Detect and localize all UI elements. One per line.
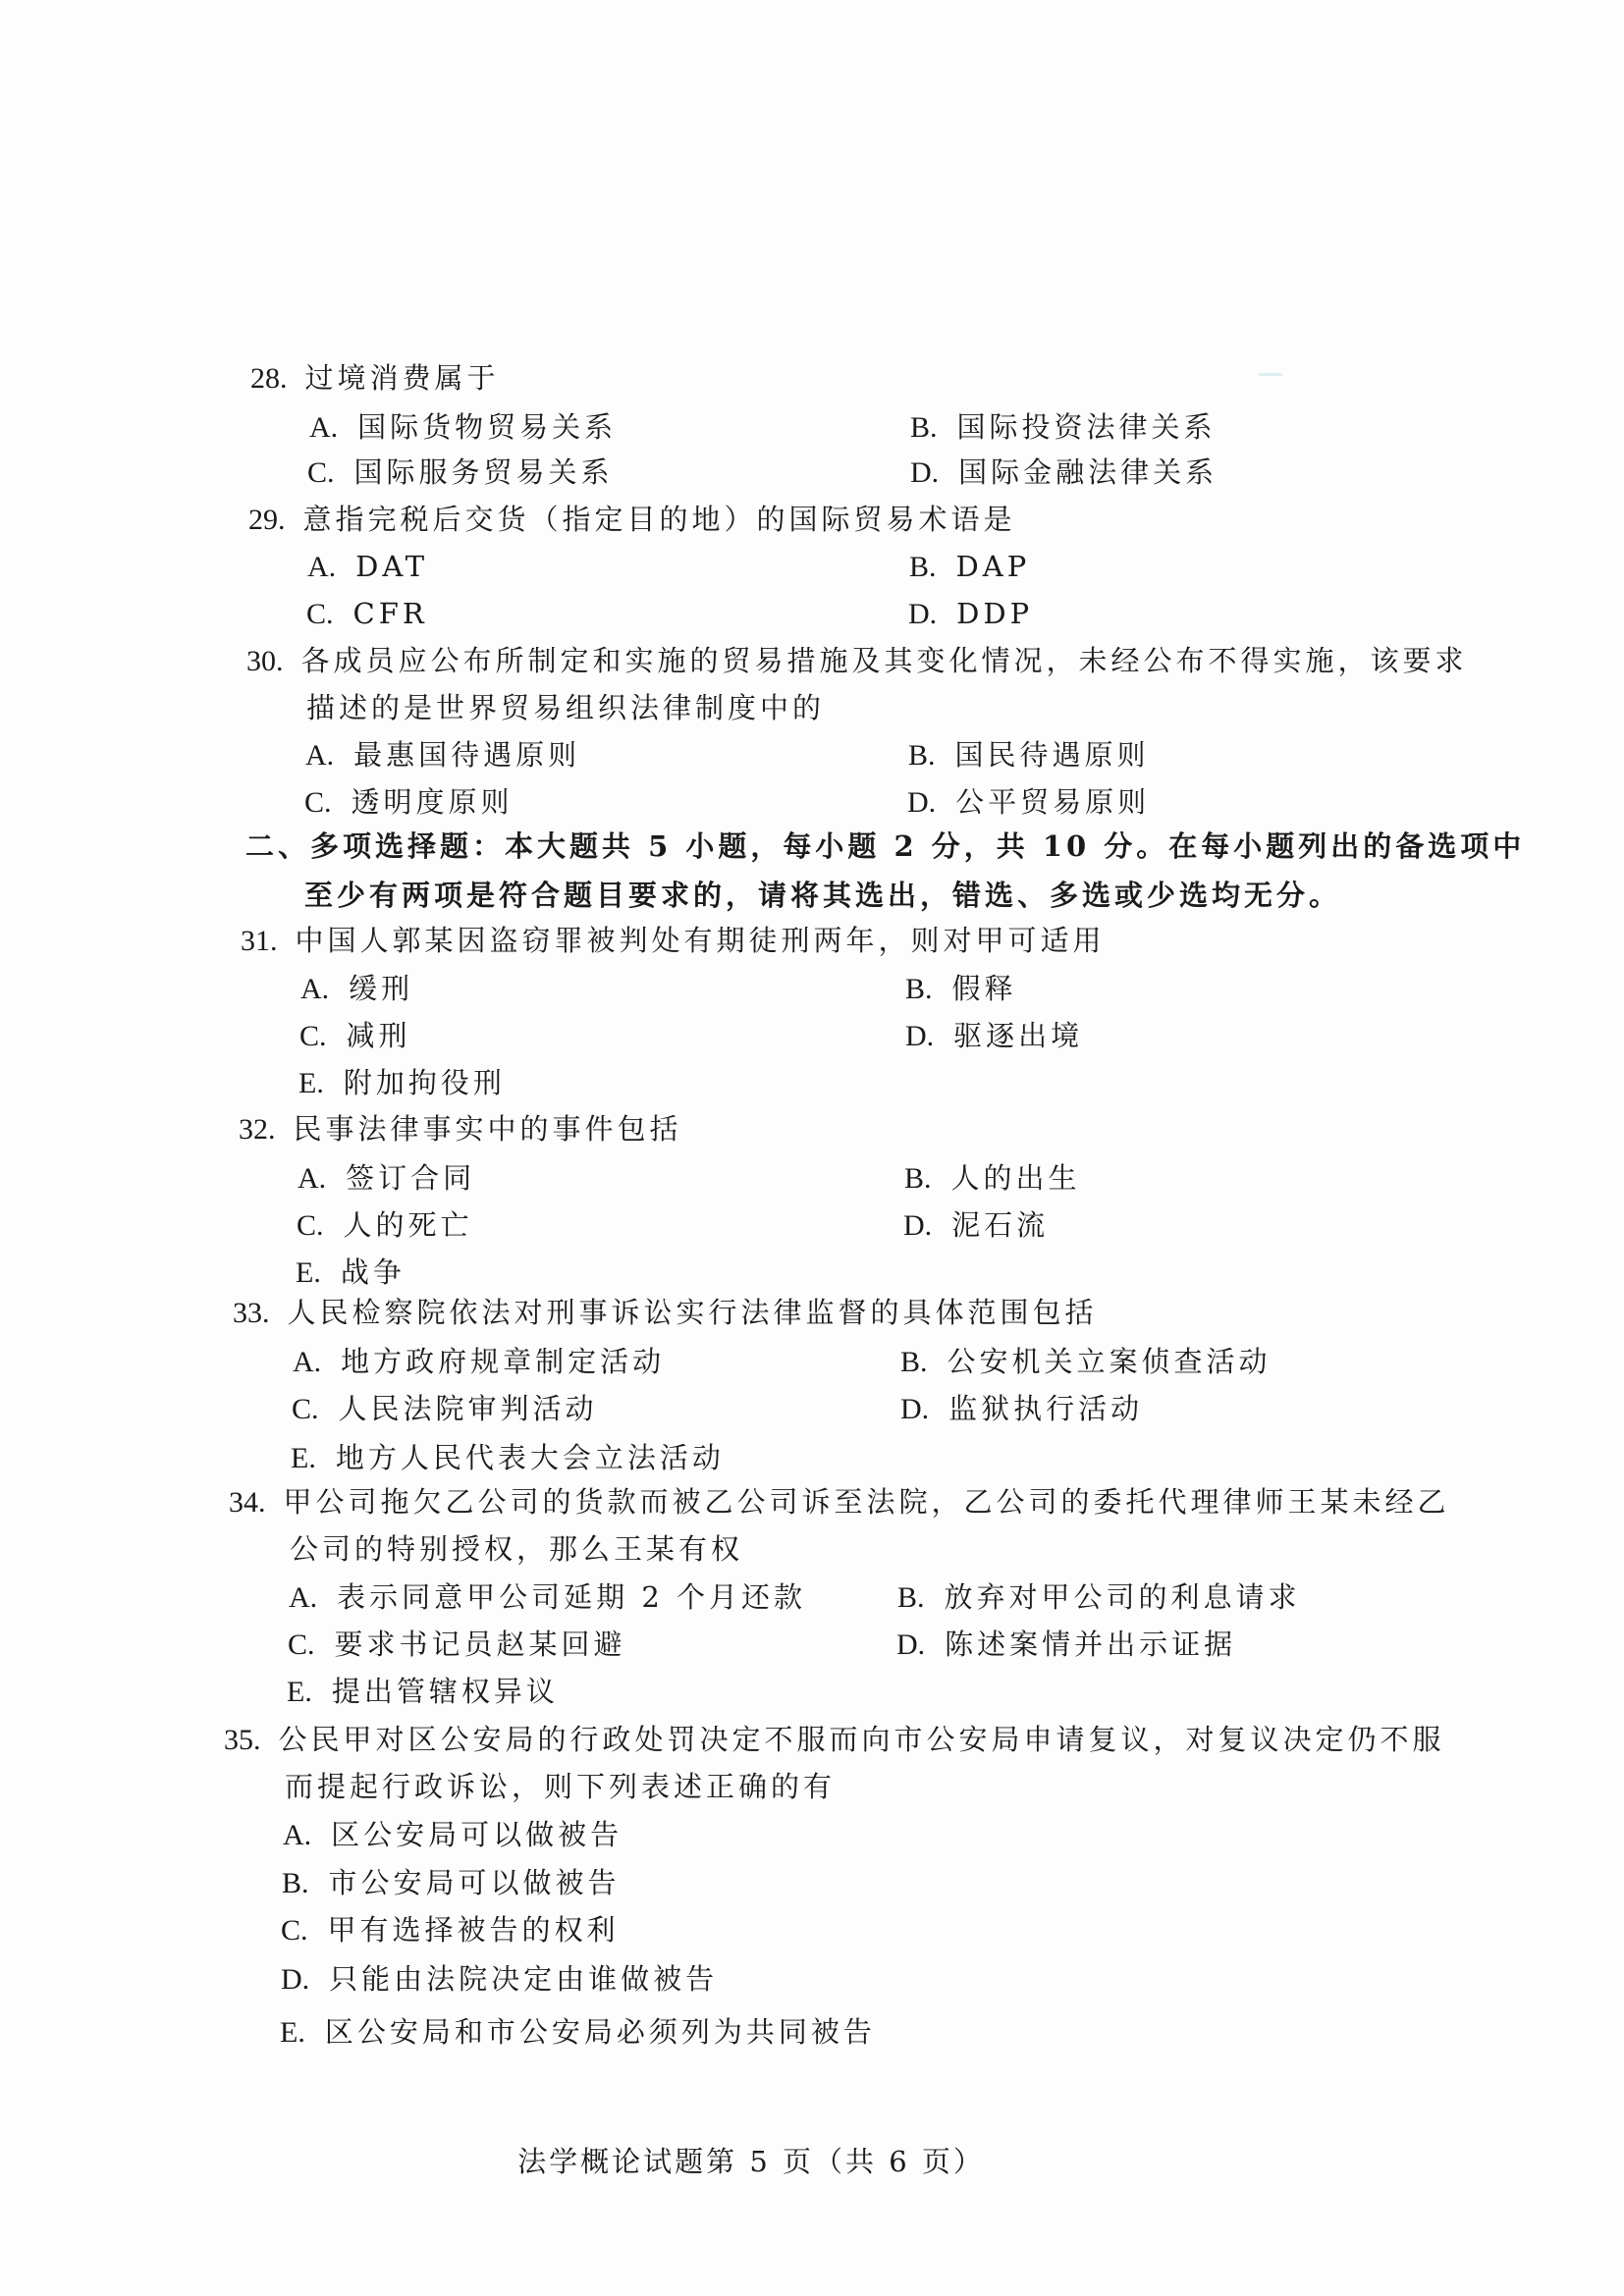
- option-c: C.人民法院审判活动: [292, 1389, 598, 1428]
- option-d: D.陈述案情并出示证据: [896, 1625, 1236, 1664]
- section-marker: 二、: [245, 829, 310, 863]
- option-b: B.市公安局可以做被告: [282, 1863, 621, 1902]
- option-b: B.国民待遇原则: [908, 735, 1150, 774]
- option-a: A.表示同意甲公司延期 2 个月还款: [289, 1577, 806, 1617]
- question-number: 32.: [239, 1110, 276, 1149]
- question-text: 公司的特别授权，那么王某有权: [290, 1532, 743, 1566]
- section-heading: 二、多项选择题：本大题共 5 小题，每小题 2 分，共 10 分。在每小题列出的…: [245, 827, 1525, 866]
- question-34-continued: 公司的特别授权，那么王某有权: [290, 1529, 743, 1569]
- question-text: 描述的是世界贸易组织法律制度中的: [306, 691, 825, 724]
- exam-page: 28.过境消费属于 A.国际货物贸易关系 B.国际投资法律关系 C.国际服务贸易…: [0, 0, 1624, 2296]
- section-instructions: 至少有两项是符合题目要求的，请将其选出，错选、多选或少选均无分。: [304, 879, 1341, 912]
- question-number: 29.: [248, 501, 286, 540]
- option-c: C.CFR: [306, 594, 428, 633]
- question-29: 29.意指完税后交货（指定目的地）的国际贸易术语是: [248, 500, 1016, 539]
- option-a: A.区公安局可以做被告: [283, 1815, 623, 1854]
- section-instructions: 多项选择题：本大题共 5 小题，每小题 2 分，共 10 分。在每小题列出的备选…: [310, 829, 1525, 863]
- option-b: B.人的出生: [904, 1158, 1081, 1198]
- option-c: C.透明度原则: [304, 782, 514, 822]
- option-c: C.要求书记员赵某回避: [288, 1625, 626, 1664]
- option-d: D.只能由法院决定由谁做被告: [281, 1959, 718, 1999]
- question-number: 35.: [224, 1721, 261, 1760]
- question-text: 中国人郭某因盗窃罪被判处有期徒刑两年，则对甲可适用: [296, 924, 1106, 957]
- question-32: 32.民事法律事实中的事件包括: [239, 1109, 682, 1148]
- option-b: B.放弃对甲公司的利息请求: [897, 1577, 1301, 1617]
- option-e: E.提出管辖权异议: [287, 1672, 559, 1711]
- option-e: E.战争: [296, 1253, 406, 1292]
- question-number: 33.: [233, 1294, 270, 1333]
- page-footer: 法学概论试题第 5 页（共 6 页）: [0, 2140, 1502, 2180]
- question-text: 意指完税后交货（指定目的地）的国际贸易术语是: [303, 503, 1016, 536]
- question-text: 而提起行政诉讼，则下列表述正确的有: [285, 1770, 836, 1803]
- question-30-continued: 描述的是世界贸易组织法律制度中的: [306, 688, 825, 727]
- option-c: C.甲有选择被告的权利: [281, 1910, 620, 1949]
- option-a: A.DAT: [307, 547, 428, 586]
- option-c: C.减刑: [299, 1016, 411, 1055]
- option-d: D.国际金融法律关系: [910, 453, 1218, 492]
- option-b: B.公安机关立案侦查活动: [900, 1342, 1272, 1381]
- option-c: C.人的死亡: [297, 1205, 473, 1245]
- option-e: E.区公安局和市公安局必须列为共同被告: [280, 2012, 876, 2052]
- section-heading-continued: 至少有两项是符合题目要求的，请将其选出，错选、多选或少选均无分。: [304, 876, 1341, 915]
- question-number: 28.: [250, 359, 288, 399]
- question-text: 人民检察院依法对刑事诉讼实行法律监督的具体范围包括: [288, 1296, 1098, 1329]
- question-number: 30.: [246, 642, 284, 681]
- question-text: 过境消费属于: [305, 361, 500, 395]
- option-a: A.国际货物贸易关系: [309, 407, 617, 447]
- option-d: D.泥石流: [903, 1205, 1049, 1245]
- option-e: E.附加拘役刑: [298, 1063, 506, 1102]
- question-text: 各成员应公布所制定和实施的贸易措施及其变化情况，未经公布不得实施，该要求: [301, 644, 1468, 677]
- option-d: D.公平贸易原则: [907, 782, 1150, 822]
- question-31: 31.中国人郭某因盗窃罪被判处有期徒刑两年，则对甲可适用: [241, 921, 1106, 960]
- question-text: 甲公司拖欠乙公司的货款而被乙公司诉至法院，乙公司的委托代理律师王某未经乙: [284, 1485, 1450, 1519]
- option-b: B.假释: [905, 969, 1017, 1008]
- question-34: 34.甲公司拖欠乙公司的货款而被乙公司诉至法院，乙公司的委托代理律师王某未经乙: [229, 1482, 1450, 1522]
- question-30: 30.各成员应公布所制定和实施的贸易措施及其变化情况，未经公布不得实施，该要求: [246, 641, 1468, 680]
- question-35-continued: 而提起行政诉讼，则下列表述正确的有: [285, 1767, 836, 1806]
- option-d: D.驱逐出境: [905, 1016, 1083, 1055]
- option-d: D.DDP: [908, 594, 1033, 633]
- question-35: 35.公民甲对区公安局的行政处罚决定不服而向市公安局申请复议，对复议决定仍不服: [224, 1720, 1445, 1759]
- option-a: A.地方政府规章制定活动: [293, 1342, 665, 1381]
- question-text: 公民甲对区公安局的行政处罚决定不服而向市公安局申请复议，对复议决定仍不服: [279, 1723, 1445, 1756]
- question-number: 31.: [241, 922, 278, 961]
- option-e: E.地方人民代表大会立法活动: [291, 1438, 725, 1477]
- option-d: D.监狱执行活动: [900, 1389, 1143, 1428]
- question-28: 28.过境消费属于: [250, 358, 500, 398]
- question-33: 33.人民检察院依法对刑事诉讼实行法律监督的具体范围包括: [233, 1293, 1098, 1332]
- scan-artifact: [1259, 373, 1282, 376]
- option-a: A.签订合同: [298, 1158, 475, 1198]
- option-b: B.DAP: [909, 547, 1030, 586]
- option-c: C.国际服务贸易关系: [307, 453, 614, 492]
- option-a: A.最惠国待遇原则: [305, 735, 580, 774]
- option-b: B.国际投资法律关系: [910, 407, 1217, 447]
- question-text: 民事法律事实中的事件包括: [294, 1112, 682, 1146]
- option-a: A.缓刑: [300, 969, 413, 1008]
- question-number: 34.: [229, 1483, 266, 1522]
